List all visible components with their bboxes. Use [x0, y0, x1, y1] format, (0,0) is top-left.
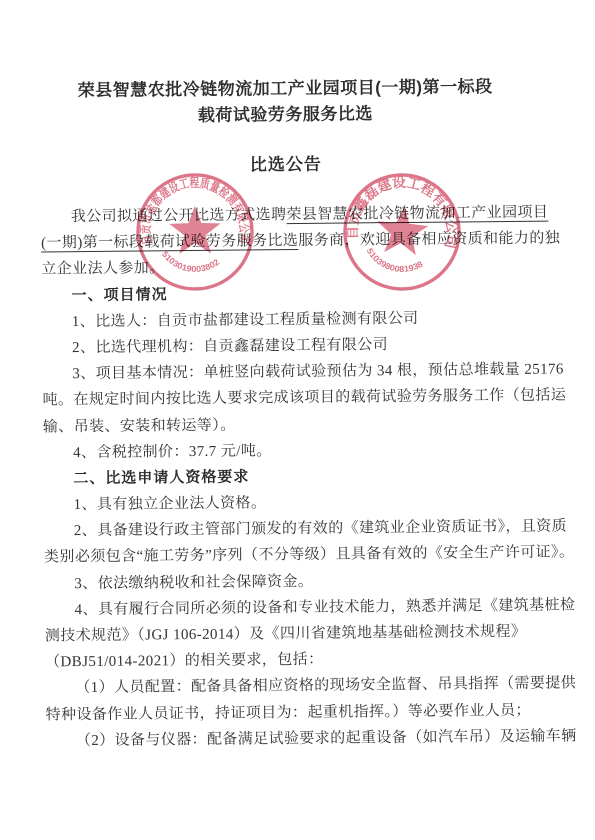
seal-serial-number: 5103980081938	[363, 245, 426, 276]
page-title-line2: 载荷试验劳务服务比选	[0, 99, 573, 131]
document-title: 荣县智慧农批冷链物流加工产业园项目(一期)第一标段 载荷试验劳务服务比选	[0, 73, 573, 131]
section2-sub2-line1: （2）设备与仪器：配备满足试验要求的起重设备（如汽车吊）及运输车辆	[46, 723, 562, 754]
scanned-page: 荣县智慧农批冷链物流加工产业园项目(一期)第一标段 载荷试验劳务服务比选 比选公…	[0, 0, 595, 840]
document-body: 我公司拟通过公开比选方式选聘荣县智慧农批冷链物流加工产业园项目 (一期)第一标段…	[41, 200, 562, 755]
notice-heading: 比选公告	[0, 147, 573, 178]
intro-line-2: (一期)第一标段载荷试验劳务服务比选服务商，欢迎具备相应资质和能力的独	[41, 226, 557, 257]
seal-star-icon	[374, 204, 430, 256]
company-seal-left: 自贡市盐都建设工程质量检测有限公司 5103019003802	[132, 169, 257, 294]
company-seal-right: 自贡鑫磊建设工程有限公司 5103980081938	[334, 164, 469, 299]
seal-serial-number: 5103019003802	[160, 249, 222, 275]
section2-item4-line2: 测技术规范》（JGJ 106-2014）及《四川省建筑地基基础检测技术规程》	[45, 618, 561, 649]
page-title-line1: 荣县智慧农批冷链物流加工产业园项目(一期)第一标段	[0, 73, 573, 105]
section1-item3-line2: 吨。在规定时间内按比选人要求完成该项目的载荷试验劳务服务工作（包括运	[42, 383, 558, 414]
seal-star-icon	[169, 206, 221, 254]
section2-item2-line2: 类别必须包含“施工劳务”序列（不分等级）且具备有效的《安全生产许可证》。	[44, 540, 560, 571]
